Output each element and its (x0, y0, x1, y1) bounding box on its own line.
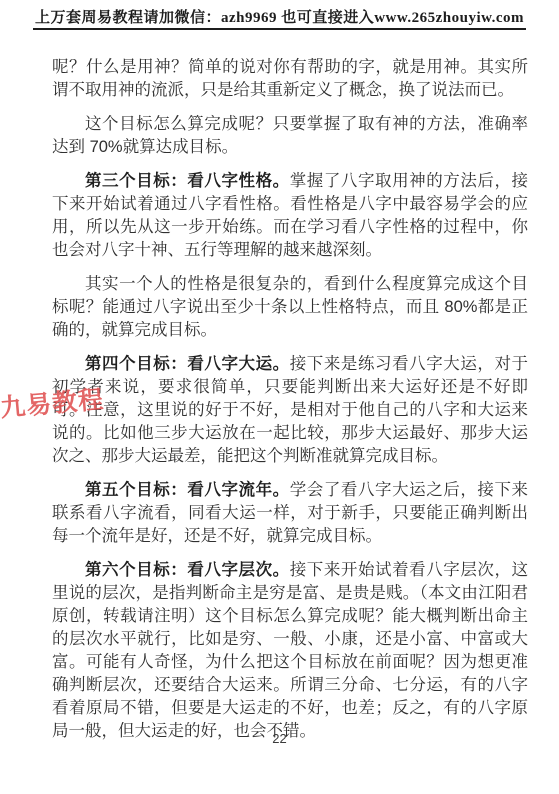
paragraph: 第三个目标：看八字性格。掌握了八字取用神的方法后，接下来开始试着通过八字看性格。… (52, 170, 528, 262)
paragraph-text: 这个目标怎么算完成呢？只要掌握了取有神的方法，准确率达到 70%就算达成目标。 (52, 115, 528, 156)
paragraph-text: 其实一个人的性格是很复杂的，看到什么程度算完成这个目标呢？能通过八字说出至少十条… (52, 275, 528, 339)
paragraph: 这个目标怎么算完成呢？只要掌握了取有神的方法，准确率达到 70%就算达成目标。 (52, 113, 528, 159)
paragraph: 呢？什么是用神？简单的说对你有帮助的字，就是用神。其实所谓不取用神的流派，只是给… (52, 56, 528, 102)
paragraph-lead: 第四个目标：看八字大运。 (85, 355, 290, 373)
paragraph-lead: 第六个目标：看八字层次。 (85, 561, 290, 579)
document-body: 呢？什么是用神？简单的说对你有帮助的字，就是用神。其实所谓不取用神的流派，只是给… (52, 56, 528, 743)
page-header: 上万套周易教程请加微信：azh9969 也可直接进入www.265zhouyiw… (0, 0, 559, 30)
paragraph-text: 接下来开始试着看八字层次，这里说的层次，是指判断命主是穷是富、是贵是贱。（本文由… (52, 561, 528, 740)
paragraph-text: 呢？什么是用神？简单的说对你有帮助的字，就是用神。其实所谓不取用神的流派，只是给… (52, 58, 528, 99)
header-notice: 上万套周易教程请加微信：azh9969 也可直接进入www.265zhouyiw… (33, 6, 526, 30)
page-number: 22 (0, 731, 559, 746)
document-page: 上万套周易教程请加微信：azh9969 也可直接进入www.265zhouyiw… (0, 0, 559, 794)
paragraph-lead: 第三个目标：看八字性格。 (85, 172, 290, 190)
paragraph: 其实一个人的性格是很复杂的，看到什么程度算完成这个目标呢？能通过八字说出至少十条… (52, 273, 528, 342)
paragraph: 第六个目标：看八字层次。接下来开始试着看八字层次，这里说的层次，是指判断命主是穷… (52, 559, 528, 743)
paragraph: 第五个目标：看八字流年。学会了看八字大运之后，接下来联系看八字流看，同看大运一样… (52, 479, 528, 548)
paragraph-lead: 第五个目标：看八字流年。 (85, 481, 290, 499)
paragraph: 第四个目标：看八字大运。接下来是练习看八字大运，对于初学者来说，要求很简单，只要… (52, 353, 528, 468)
